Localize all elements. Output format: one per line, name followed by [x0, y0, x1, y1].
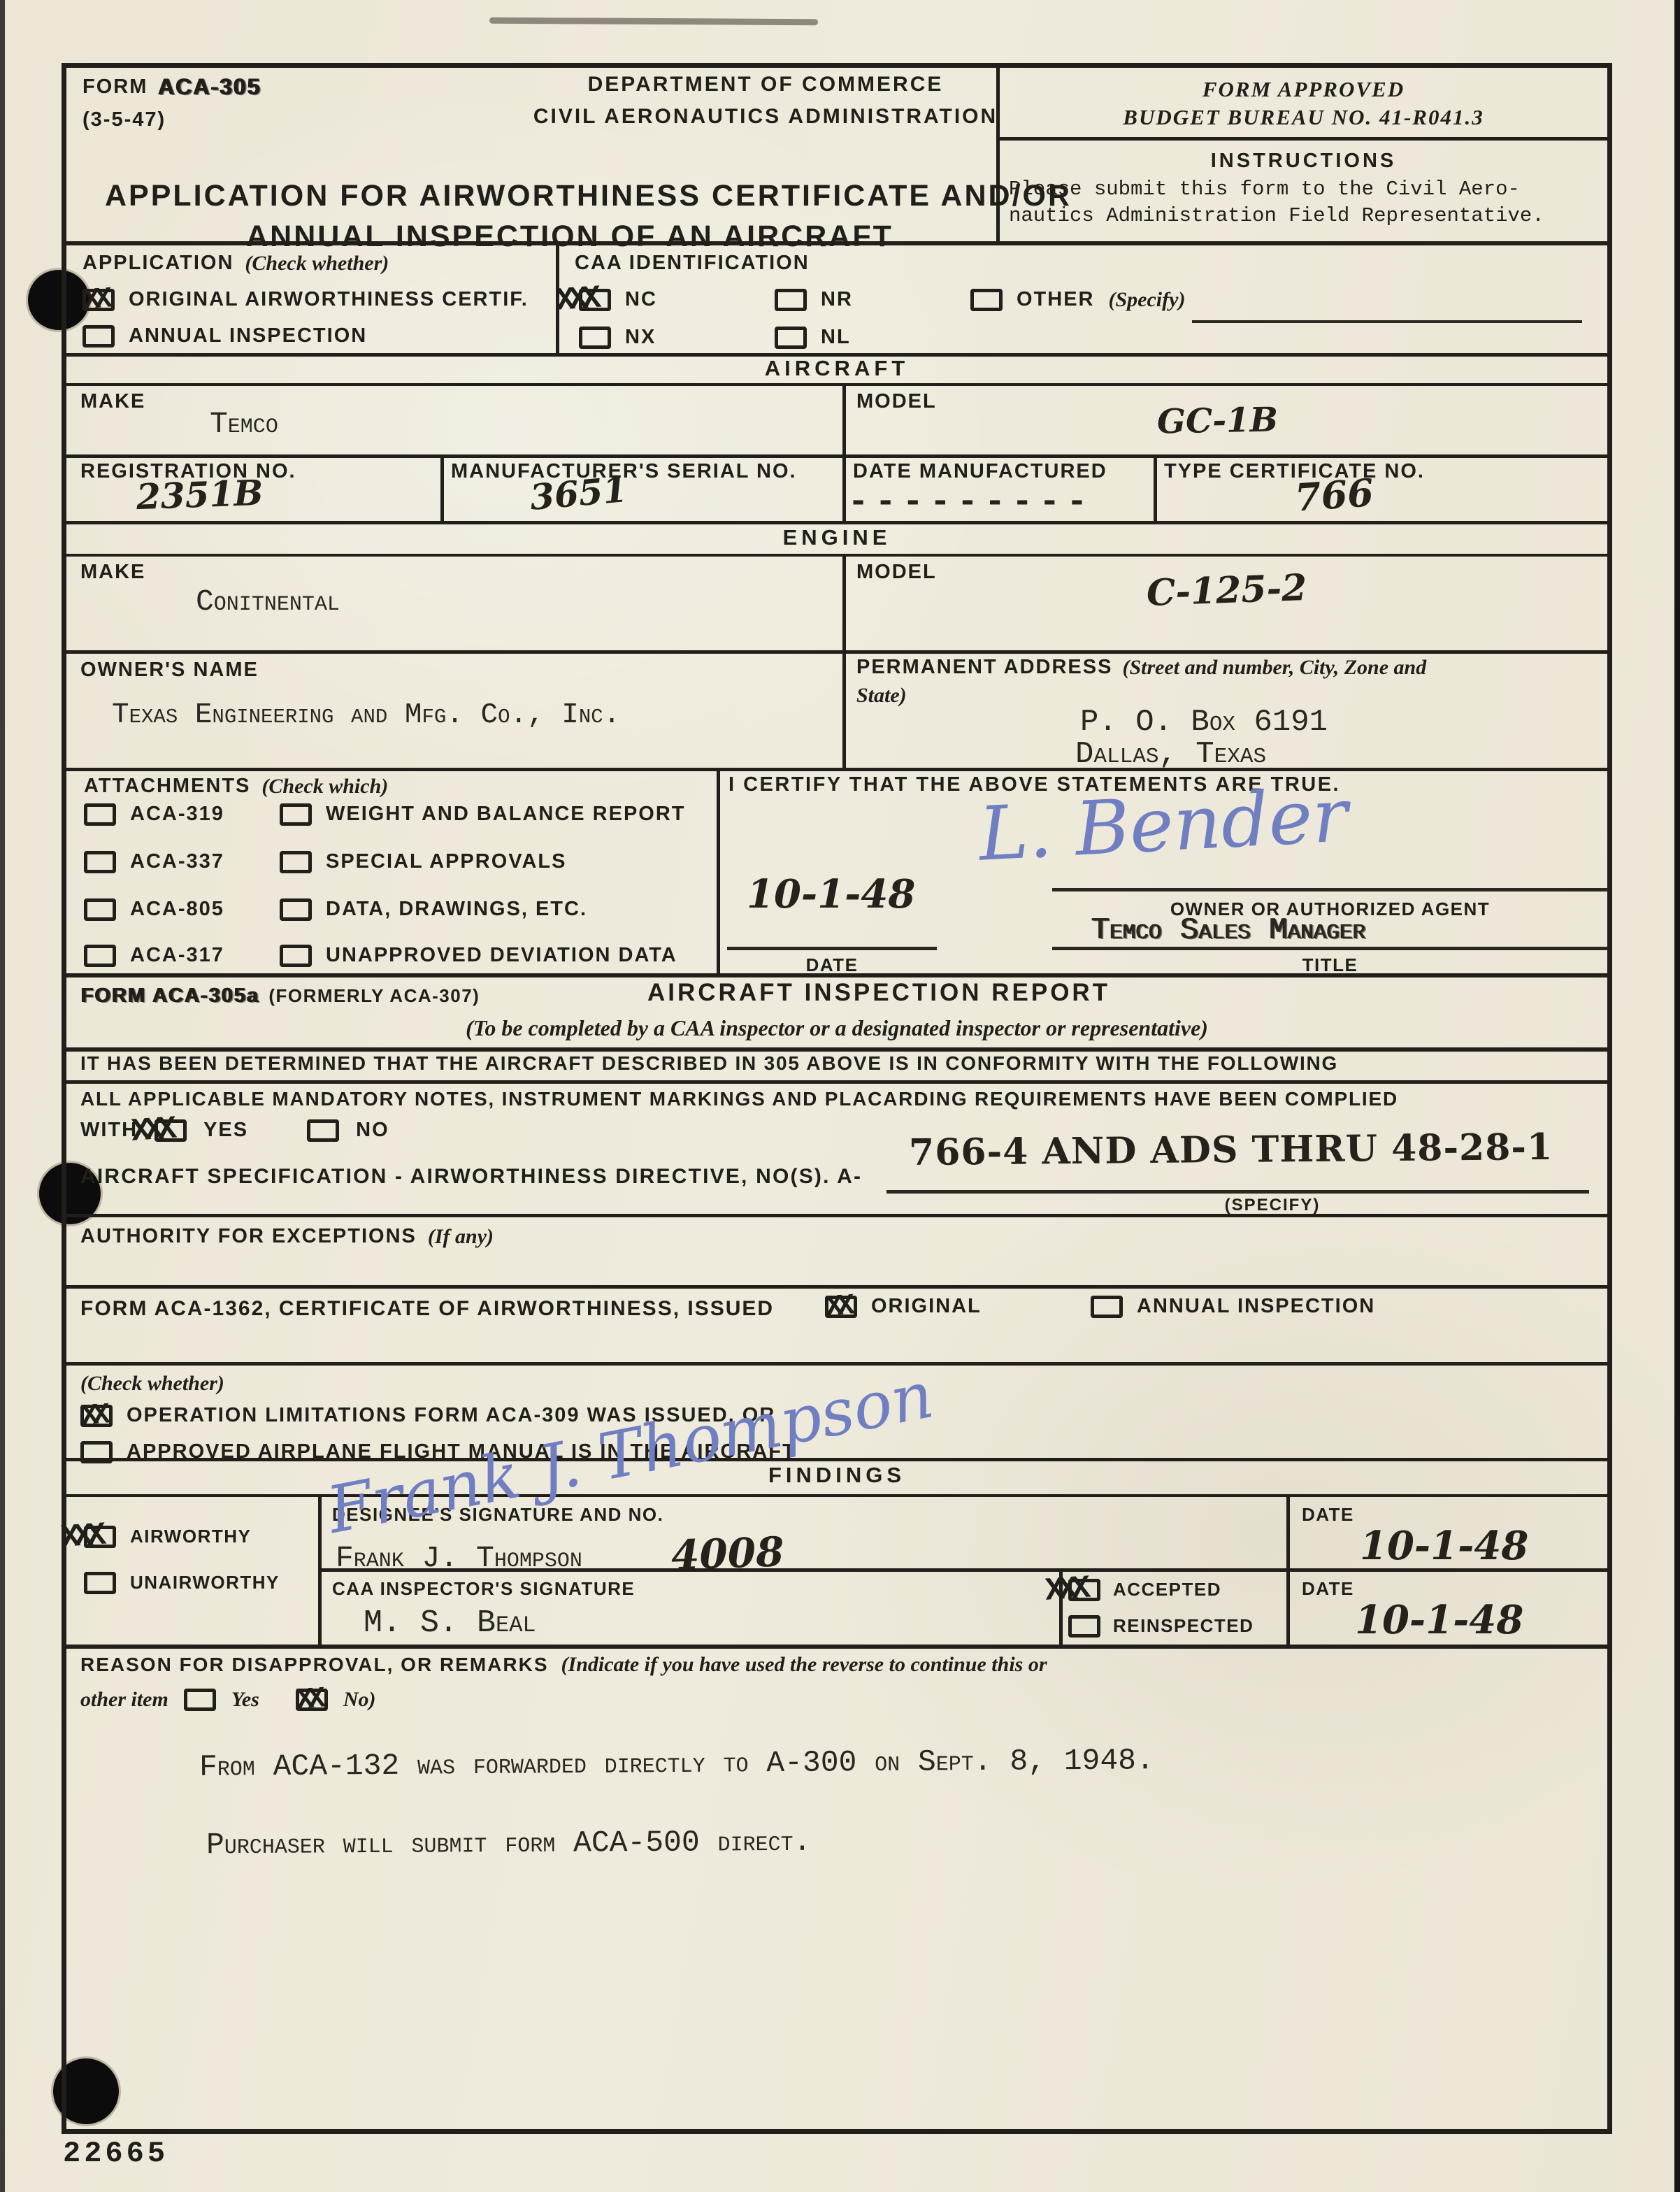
spec-line	[886, 1190, 1589, 1194]
caa-identification-label: CAA IDENTIFICATION	[575, 252, 810, 275]
caa-id-row1: XXX NC NR OTHER (Specify)	[579, 288, 1185, 312]
nr-label: NR	[821, 288, 853, 311]
remarks-yes-checkbox	[184, 1689, 216, 1711]
attachments-label: ATTACHMENTS	[84, 775, 250, 798]
accepted-label: ACCEPTED	[1113, 1579, 1221, 1600]
divider	[66, 521, 1608, 524]
specify-label: (SPECIFY)	[1147, 1196, 1398, 1215]
flight-manual-checkbox	[80, 1441, 113, 1463]
divider	[996, 137, 1608, 141]
address-line2: Dallas, Texas	[1075, 737, 1266, 772]
remarks-no-checkbox: XX	[296, 1689, 328, 1711]
attachments-row2: ACA-337 SPECIAL APPROVALS	[84, 850, 566, 873]
check-mark: XXX	[1044, 1570, 1085, 1610]
compliance-yes-label: YES	[203, 1119, 248, 1142]
form-approved-line1: FORM APPROVED	[996, 77, 1611, 102]
unapproved-deviation-checkbox	[280, 945, 312, 967]
form-revision: (3-5-47)	[82, 108, 166, 131]
form-title-line1: APPLICATION FOR AIRWORTHINESS CERTIFICAT…	[105, 179, 1035, 213]
accepted-checkbox: XXX	[1068, 1579, 1100, 1601]
date-manufactured-label: DATE MANUFACTURED	[853, 460, 1107, 483]
authority-exceptions-hint: (If any)	[428, 1225, 494, 1249]
compliance-statement: ALL APPLICABLE MANDATORY NOTES, INSTRUME…	[80, 1088, 1398, 1110]
divider	[1154, 454, 1157, 522]
other-specify-line	[1192, 320, 1582, 323]
original-issue-label: ORIGINAL	[871, 1295, 982, 1318]
nl-label: NL	[821, 326, 851, 349]
aca-805-label: ACA-805	[130, 898, 224, 921]
inspector-signature-label: CAA INSPECTOR'S SIGNATURE	[332, 1579, 635, 1600]
aca-317-label: ACA-317	[130, 944, 224, 967]
attachments-row1: ACA-319 WEIGHT AND BALANCE REPORT	[84, 803, 686, 826]
check-mark: XX	[295, 1682, 320, 1717]
divider	[66, 1285, 1608, 1289]
divider	[842, 554, 846, 652]
aircraft-make-value: Temco	[210, 407, 278, 441]
spec-directive-label: AIRCRAFT SPECIFICATION - AIRWORTHINESS D…	[80, 1165, 862, 1189]
engine-make-label: MAKE	[80, 561, 145, 584]
date-label: DATE	[727, 955, 937, 976]
date-line	[727, 947, 937, 950]
remarks-label: REASON FOR DISAPPROVAL, OR REMARKS	[80, 1654, 549, 1676]
scan-left-edge	[0, 0, 5, 2192]
other-checkbox	[970, 289, 1003, 311]
unairworthy-option: UNAIRWORTHY	[84, 1572, 280, 1594]
divider	[842, 454, 846, 522]
document-serial-number: 22665	[63, 2137, 168, 2170]
designee-number: 4008	[670, 1528, 785, 1579]
form-number-label: FORM	[82, 76, 148, 99]
unairworthy-checkbox	[84, 1572, 116, 1594]
divider	[1286, 1494, 1290, 1646]
designee-typed-name: Frank J. Thompson	[336, 1541, 582, 1575]
determination-statement: IT HAS BEEN DETERMINED THAT THE AIRCRAFT…	[80, 1052, 1338, 1075]
check-mark: XXX	[130, 1111, 171, 1150]
airworthy-label: AIRWORTHY	[130, 1526, 251, 1547]
certification-title-value: Temco Sales Manager	[1091, 913, 1365, 948]
attachments-hint: (Check which)	[261, 775, 388, 798]
remarks-no-label: No)	[343, 1688, 376, 1712]
permanent-address-hint2: State)	[856, 684, 907, 708]
reinspected-option: REINSPECTED	[1068, 1615, 1254, 1638]
department-line1: DEPARTMENT OF COMMERCE	[521, 73, 1010, 97]
original-airworthiness-option: XX ORIGINAL AIRWORTHINESS CERTIF.	[82, 288, 529, 311]
application-label: APPLICATION	[82, 252, 234, 275]
weight-balance-checkbox	[280, 803, 312, 826]
nl-checkbox	[775, 327, 807, 349]
scanned-form-page: FORM ACA-305 (3-5-47) DEPARTMENT OF COMM…	[0, 0, 1680, 2192]
findings-title: FINDINGS	[66, 1463, 1608, 1488]
signature-line	[1052, 888, 1608, 891]
compliance-no-label: NO	[356, 1119, 389, 1142]
compliance-yes-checkbox: XXX	[155, 1119, 187, 1142]
inspection-report-subtitle: (To be completed by a CAA inspector or a…	[66, 1015, 1608, 1041]
reinspected-checkbox	[1068, 1615, 1100, 1638]
form-305a-label: FORM ACA-305a	[80, 984, 259, 1008]
department-line2: CIVIL AERONAUTICS ADMINISTRATION	[521, 105, 1010, 129]
divider	[66, 1645, 1608, 1649]
application-hint: (Check whether)	[245, 252, 389, 275]
owner-name-label: OWNER'S NAME	[80, 659, 259, 682]
aca-317-checkbox	[84, 945, 116, 967]
form-title-line2: ANNUAL INSPECTION OF AN AIRCRAFT	[105, 220, 1035, 254]
reinspected-label: REINSPECTED	[1113, 1616, 1254, 1637]
aca-319-checkbox	[84, 803, 116, 826]
remark-line1: From ACA-132 was forwarded directly to A…	[199, 1743, 1154, 1784]
title-label: TITLE	[1052, 955, 1608, 976]
unairworthy-label: UNAIRWORTHY	[130, 1573, 280, 1593]
nr-checkbox	[775, 289, 807, 311]
aircraft-model-value: GC-1B	[1157, 400, 1279, 441]
divider	[66, 554, 1608, 557]
aircraft-model-label: MODEL	[856, 390, 937, 413]
designee-date-label: DATE	[1302, 1505, 1354, 1526]
inspector-date-value: 10-1-48	[1355, 1597, 1523, 1643]
engine-model-label: MODEL	[856, 561, 937, 584]
cert-1362-label: FORM ACA-1362, CERTIFICATE OF AIRWORTHIN…	[80, 1297, 774, 1321]
check-mark: XX	[824, 1289, 849, 1324]
instructions-line2: nautics Administration Field Representat…	[1009, 204, 1544, 227]
divider	[842, 650, 846, 769]
divider	[66, 1047, 1608, 1052]
engine-model-value: C-125-2	[1146, 566, 1307, 615]
divider	[66, 383, 1608, 386]
accepted-option: XXX ACCEPTED	[1068, 1579, 1221, 1601]
special-approvals-label: SPECIAL APPROVALS	[326, 850, 566, 873]
instructions-line1: Please submit this form to the Civil Aer…	[1009, 178, 1520, 201]
original-airworthiness-checkbox: XX	[82, 289, 115, 311]
annual-inspection-option: ANNUAL INSPECTION	[82, 324, 367, 348]
nx-label: NX	[625, 326, 656, 349]
data-drawings-label: DATA, DRAWINGS, ETC.	[326, 898, 587, 921]
annual-inspection-label: ANNUAL INSPECTION	[129, 324, 367, 348]
airworthy-checkbox: XXX	[84, 1526, 116, 1548]
remarks-yes-no-row: other item Yes XX No)	[80, 1688, 376, 1712]
permanent-address-hint1: (Street and number, City, Zone and	[1122, 656, 1426, 680]
divider	[66, 768, 1608, 771]
scan-smudge	[489, 17, 818, 25]
type-certificate-value: 766	[1293, 470, 1375, 520]
title-line	[1052, 947, 1608, 950]
check-mark: XX	[80, 1398, 105, 1433]
engine-section-title: ENGINE	[66, 525, 1608, 550]
aca-319-label: ACA-319	[130, 803, 224, 826]
remarks-hint-line2: other item	[80, 1688, 168, 1712]
date-manufactured-value: - - - - - - - - -	[852, 481, 1085, 519]
instructions-title: INSTRUCTIONS	[996, 150, 1611, 173]
designee-date-value: 10-1-48	[1360, 1523, 1528, 1569]
aca-337-checkbox	[84, 851, 116, 873]
aircraft-section-title: AIRCRAFT	[66, 356, 1608, 381]
aircraft-make-label: MAKE	[80, 390, 145, 413]
remark-line2: Purchaser will submit form ACA-500 direc…	[206, 1825, 812, 1863]
form-number: ACA-305	[157, 74, 260, 100]
certification-date-value: 10-1-48	[747, 871, 915, 917]
engine-make-value: Conitnental	[196, 585, 340, 619]
divider	[66, 1362, 1608, 1366]
special-approvals-checkbox	[280, 851, 312, 873]
inspector-signature-value: M. S. Beal	[364, 1605, 536, 1641]
original-airworthiness-label: ORIGINAL AIRWORTHINESS CERTIF.	[129, 288, 529, 311]
divider	[318, 1494, 322, 1646]
unapproved-deviation-label: UNAPPROVED DEVIATION DATA	[326, 944, 677, 967]
aca-805-checkbox	[84, 898, 116, 921]
form-approved-line2: BUDGET BUREAU NO. 41-R041.3	[996, 105, 1611, 130]
inspection-report-title: AIRCRAFT INSPECTION REPORT	[647, 979, 1110, 1007]
nx-checkbox	[579, 327, 611, 349]
divider	[66, 1494, 1608, 1497]
permanent-address-label: PERMANENT ADDRESS	[856, 656, 1112, 679]
original-issue-checkbox: XX	[825, 1296, 857, 1318]
divider	[842, 383, 846, 456]
divider	[440, 454, 444, 522]
check-mark: XXX	[59, 1517, 101, 1556]
nc-label: NC	[625, 288, 657, 311]
data-drawings-checkbox	[280, 898, 312, 921]
divider	[66, 650, 1608, 654]
divider	[717, 768, 720, 975]
check-mark: XX	[82, 282, 107, 317]
other-hint: (Specify)	[1109, 288, 1186, 312]
owner-name-value: Texas Engineering and Mfg. Co., Inc.	[112, 699, 620, 731]
formerly-label: (FORMERLY ACA-307)	[268, 986, 480, 1007]
weight-balance-label: WEIGHT AND BALANCE REPORT	[326, 803, 686, 826]
check-whether-hint: (Check whether)	[80, 1372, 224, 1396]
airworthy-option: XXX AIRWORTHY	[84, 1526, 251, 1548]
annual-issue-label: ANNUAL INSPECTION	[1137, 1295, 1375, 1318]
annual-issue-checkbox	[1091, 1296, 1123, 1318]
with-label: WITH	[80, 1119, 138, 1142]
aca-337-label: ACA-337	[130, 850, 224, 873]
compliance-no-checkbox	[307, 1119, 339, 1142]
serial-value: 3651	[529, 468, 629, 518]
registration-value: 2351B	[136, 472, 264, 517]
operation-limitations-checkbox: XX	[80, 1405, 113, 1427]
check-mark: XXX	[554, 280, 596, 320]
scan-right-edge	[1674, 0, 1680, 2192]
address-line1: P. O. Box 6191	[1080, 705, 1328, 740]
other-label: OTHER	[1017, 288, 1095, 311]
nc-checkbox: XXX	[579, 289, 611, 311]
attachments-row3: ACA-805 DATA, DRAWINGS, ETC.	[84, 898, 587, 921]
cert-1362-options: XX ORIGINAL ANNUAL INSPECTION	[825, 1295, 1375, 1318]
inspector-date-label: DATE	[1302, 1579, 1354, 1600]
caa-id-row2: NX NL	[579, 326, 970, 349]
remarks-yes-label: Yes	[231, 1688, 259, 1712]
annual-inspection-checkbox	[82, 325, 115, 348]
divider	[66, 454, 1608, 458]
authority-exceptions-label: AUTHORITY FOR EXCEPTIONS	[80, 1225, 417, 1248]
divider	[66, 1080, 1608, 1084]
spec-directive-value: 766-4 AND ADS THRU 48-28-1	[909, 1126, 1553, 1174]
remarks-hint-line1: (Indicate if you have used the reverse t…	[561, 1653, 1047, 1677]
attachments-row4: ACA-317 UNAPPROVED DEVIATION DATA	[84, 944, 677, 967]
compliance-yes-no-row: WITH XXX YES NO	[80, 1119, 389, 1142]
